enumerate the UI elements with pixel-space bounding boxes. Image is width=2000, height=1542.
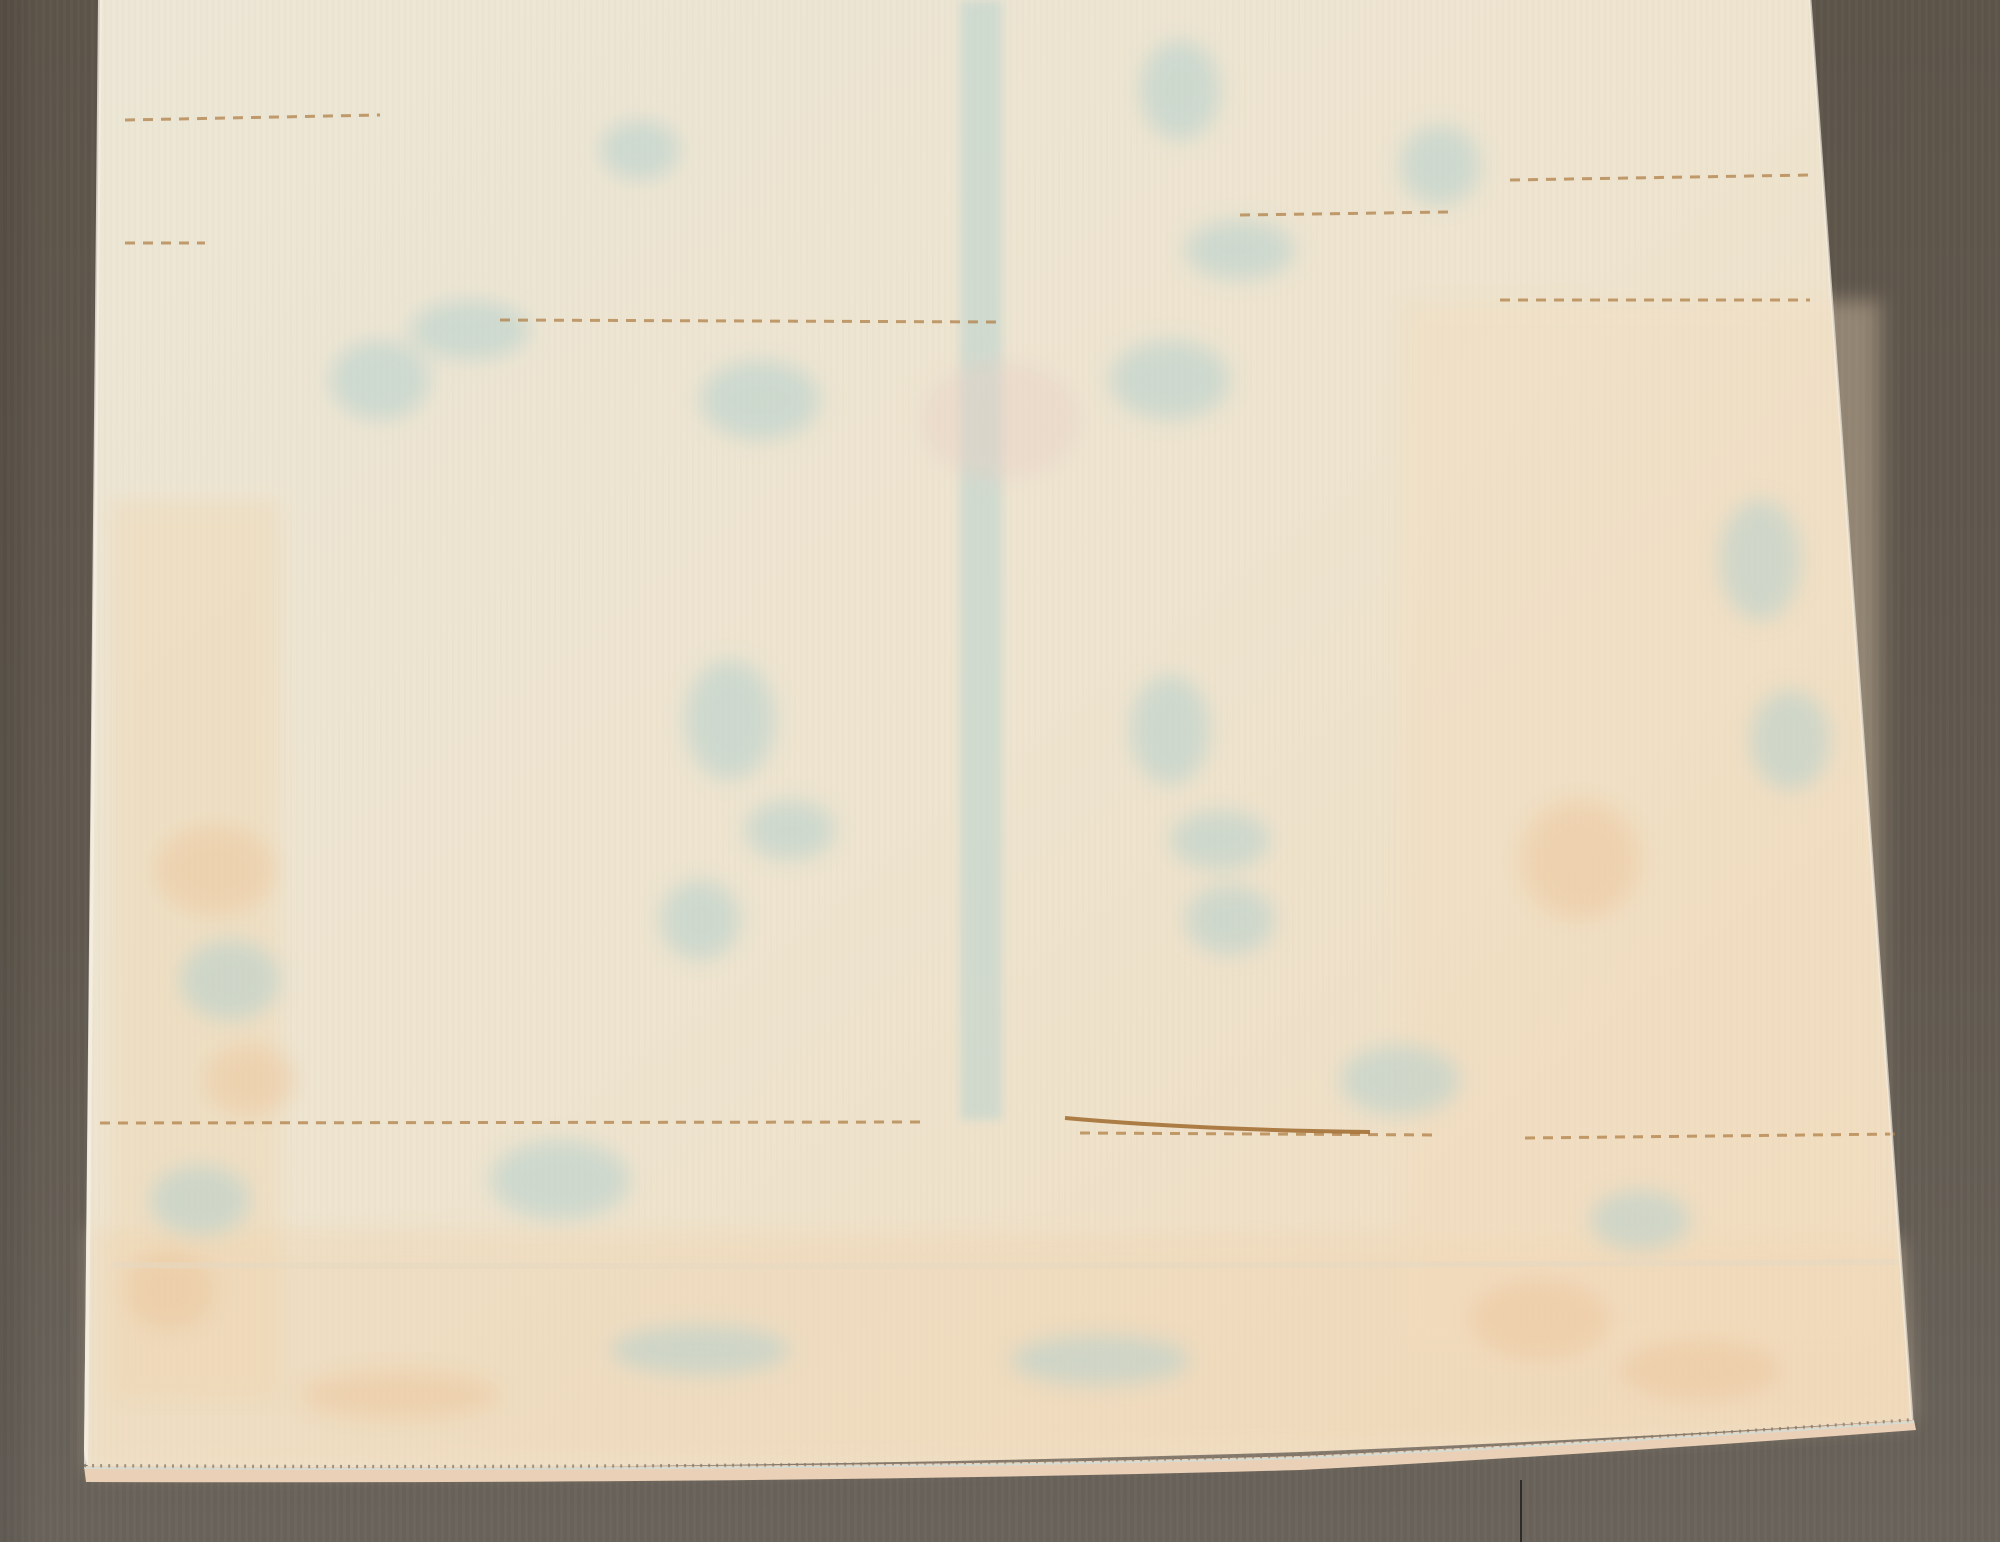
- rug-illustration: [0, 0, 2000, 1542]
- rug: [0, 0, 2000, 1542]
- photo-scene: [0, 0, 2000, 1542]
